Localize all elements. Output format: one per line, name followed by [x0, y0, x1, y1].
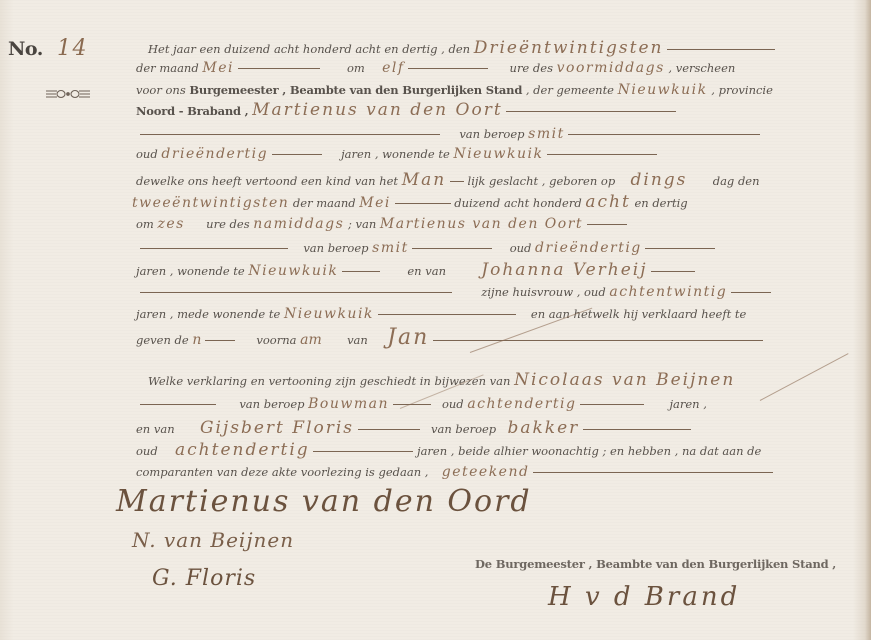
form-line-15: Welke verklaring en vertooning zijn gesc…: [148, 372, 735, 390]
pen-stroke: [760, 353, 849, 401]
printed-text: en dertig: [634, 196, 687, 210]
fill-rule: [587, 224, 627, 226]
signature-mayor: H v d Brand: [548, 582, 740, 612]
form-line-8: tweeëntwintigsten der maand Mei duizend …: [132, 194, 688, 212]
handwritten-declarant-residence: Nieuwkuik: [453, 146, 543, 162]
form-line-18: oud achtendertig jaren , beide alhier wo…: [136, 442, 761, 460]
fill-rule: [651, 271, 695, 273]
handwritten-hour: elf: [382, 60, 404, 76]
fill-rule: [731, 292, 771, 294]
form-line-11: jaren , wonende te Nieuwkuik en van Joha…: [136, 262, 695, 280]
printed-text: jaren , wonende te: [136, 264, 245, 278]
handwritten-month: Mei: [202, 60, 234, 76]
handwritten-birth-year: acht: [585, 194, 630, 210]
printed-text: der maand: [136, 61, 199, 75]
printed-text: , verscheen: [668, 61, 735, 75]
printed-text: oud: [510, 241, 532, 255]
act-number-value: 14: [57, 36, 88, 61]
document-page: No. 14 Het jaar een duizend acht honderd…: [0, 0, 871, 640]
handwritten-suffix: am: [300, 332, 322, 348]
handwritten-suffix: n: [192, 332, 201, 348]
printed-text: ure des: [206, 217, 249, 231]
printed-text: dag den: [713, 174, 760, 188]
fill-rule: [342, 271, 380, 273]
handwritten-witness-2-occupation: bakker: [507, 420, 579, 436]
printed-text: van beroep: [239, 397, 304, 411]
printed-text: ure des: [510, 61, 553, 75]
fill-rule: [412, 248, 492, 250]
handwritten-birth-hour: zes: [158, 216, 185, 232]
form-line-17: en van Gijsbert Floris van beroep bakker: [136, 420, 691, 438]
printed-text: comparanten van deze akte voorlezing is …: [136, 465, 428, 479]
handwritten-father-name: Martienus van den Oort: [380, 216, 583, 232]
fill-rule: [568, 134, 760, 136]
printed-text: oud: [442, 397, 464, 411]
handwritten-father-occupation: smit: [372, 240, 409, 256]
handwritten-child-first-name: Jan: [387, 330, 429, 346]
handwritten-weekday: dings: [631, 172, 688, 188]
handwritten-birth-time-of-day: namiddags: [253, 216, 344, 232]
printed-text: jaren , beide alhier woonachtig ; en heb…: [417, 444, 761, 458]
form-line-2: der maand Mei om elf ure des voormiddags…: [136, 60, 735, 78]
printed-text: ; van: [348, 217, 376, 231]
form-line-3: voor ons Burgemeester , Beambte van den …: [136, 82, 773, 100]
form-line-14: geven de n voorna am van Jan: [136, 330, 763, 348]
handwritten-witness-2-name: Gijsbert Floris: [200, 420, 354, 436]
handwritten-declarant-occupation: smit: [528, 126, 565, 142]
fill-rule: [433, 340, 763, 342]
mayor-label: De Burgemeester , Beambte van den Burger…: [475, 557, 836, 571]
printed-text: om: [136, 217, 154, 231]
handwritten-child-sex: Man: [402, 172, 447, 188]
handwritten-signed: geteekend: [442, 464, 530, 480]
fill-rule: [506, 111, 676, 113]
handwritten-witness-1-name: Nicolaas van Beijnen: [514, 372, 735, 388]
handwritten-declarant-name: Martienus van den Oort: [252, 102, 503, 118]
printed-text: van beroep: [431, 422, 496, 436]
printed-text: Burgemeester , Beambte van den Burgerlij…: [189, 83, 522, 97]
fill-rule: [140, 134, 440, 136]
handwritten-birth-month: Mei: [359, 195, 391, 211]
fill-rule: [580, 404, 644, 406]
form-line-6: oud drieëndertig jaren , wonende te Nieu…: [136, 146, 657, 164]
signature-witness-2: G. Floris: [152, 566, 256, 591]
printed-text: jaren , wonende te: [341, 147, 450, 161]
printed-text: der maand: [293, 196, 356, 210]
printed-text: , der gemeente: [526, 83, 614, 97]
fill-rule: [272, 154, 322, 156]
handwritten-witness-1-occupation: Bouwman: [308, 396, 389, 412]
printed-text: van beroep: [459, 127, 524, 141]
signature-witness-1: N. van Beijnen: [132, 528, 294, 552]
fill-rule: [583, 429, 691, 431]
form-line-12: zijne huisvrouw , oud achtentwintig: [140, 284, 771, 302]
printed-text: Het jaar een duizend acht honderd acht e…: [148, 42, 470, 56]
fill-rule: [358, 429, 420, 431]
handwritten-birth-day: tweeëntwintigsten: [132, 195, 289, 211]
handwritten-time-of-day: voormiddags: [557, 60, 665, 76]
fill-rule: [140, 248, 288, 250]
printed-text: zijne huisvrouw , oud: [481, 285, 605, 299]
fill-rule: [408, 68, 488, 70]
printed-text: en van: [407, 264, 446, 278]
fill-rule: [533, 472, 773, 474]
printed-text: Noord - Braband ,: [136, 104, 248, 118]
printed-text: dewelke ons heeft vertoond een kind van …: [136, 174, 398, 188]
fill-rule: [547, 154, 657, 156]
fill-rule: [313, 451, 413, 453]
printed-text: om: [347, 61, 365, 75]
form-line-13: jaren , mede wonende te Nieuwkuik en aan…: [136, 306, 746, 324]
handwritten-witness-2-age: achtendertig: [175, 442, 310, 458]
fill-rule: [450, 181, 464, 183]
form-line-10: van beroep smit oud drieëndertig: [140, 240, 715, 258]
form-line-5: van beroep smit: [140, 126, 760, 144]
printed-text: voor ons: [136, 83, 186, 97]
handwritten-father-age: drieëndertig: [535, 240, 642, 256]
handwritten-mother-name: Johanna Verheij: [481, 262, 647, 278]
fill-rule: [667, 49, 775, 51]
act-number-label: No.: [8, 38, 43, 60]
fill-rule: [205, 340, 235, 342]
printed-text: van beroep: [303, 241, 368, 255]
printed-text: geven de: [136, 333, 189, 347]
printed-text: van: [347, 333, 368, 347]
handwritten-declarant-age: drieëndertig: [161, 146, 268, 162]
fill-rule: [238, 68, 320, 70]
form-line-1: Het jaar een duizend acht honderd acht e…: [148, 40, 775, 58]
printed-text: jaren , mede wonende te: [136, 307, 280, 321]
form-line-19: comparanten van deze akte voorlezing is …: [136, 464, 773, 482]
handwritten-mother-age: achtentwintig: [609, 284, 727, 300]
signature-father: Martienus van den Oord: [116, 484, 532, 519]
handwritten-father-residence: Nieuwkuik: [248, 263, 338, 279]
handwritten-witness-1-age: achtendertig: [467, 396, 576, 412]
fill-rule: [645, 248, 715, 250]
act-number: No. 14: [8, 36, 88, 61]
form-line-9: om zes ure des namiddags ; van Martienus…: [136, 216, 627, 234]
printed-text: en van: [136, 422, 175, 436]
form-line-7: dewelke ons heeft vertoond een kind van …: [136, 172, 760, 190]
handwritten-day-of-month: Drieëntwintigsten: [474, 40, 664, 56]
page-edge-shadow: [865, 0, 871, 640]
handwritten-mother-residence: Nieuwkuik: [284, 306, 374, 322]
form-line-4: Noord - Braband , Martienus van den Oort: [136, 102, 676, 120]
printed-text: duizend acht honderd: [454, 196, 581, 210]
printed-text: voorna: [256, 333, 296, 347]
fill-rule: [395, 203, 451, 205]
printed-text: lijk geslacht , geboren op: [468, 174, 616, 188]
printed-text: jaren ,: [669, 397, 706, 411]
handwritten-municipality: Nieuwkuik: [618, 82, 708, 98]
fill-rule: [378, 314, 516, 316]
printed-text: oud: [136, 147, 158, 161]
printed-text: , provincie: [711, 83, 773, 97]
fill-rule: [140, 404, 216, 406]
printed-text: oud: [136, 444, 158, 458]
ornament-icon: [44, 88, 92, 100]
fill-rule: [140, 292, 452, 294]
